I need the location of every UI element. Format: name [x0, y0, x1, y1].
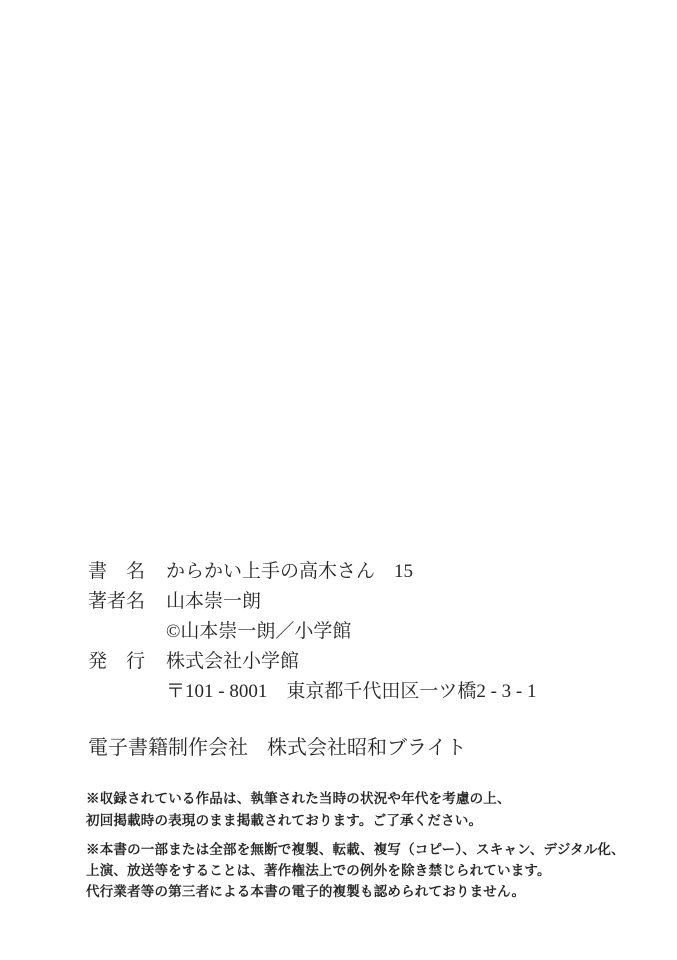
copyright-label-spacer — [88, 617, 145, 647]
colophon-row-address: 〒101 - 8001 東京都千代田区一ツ橋2 - 3 - 1 — [88, 677, 536, 707]
colophon-page: 書 名 からかい上手の高木さん 15 著者名 山本崇一朗 ©山本崇一朗／小学館 … — [0, 0, 677, 960]
address-label-spacer — [88, 677, 145, 707]
colophon-block: 書 名 からかい上手の高木さん 15 著者名 山本崇一朗 ©山本崇一朗／小学館 … — [88, 557, 536, 707]
ebook-producer-label: 電子書籍制作会社 — [88, 733, 248, 763]
notice-original-publication-line-1: ※収録されている作品は、執筆された当時の状況や年代を考慮の上、 — [86, 788, 511, 810]
book-title-label: 書 名 — [88, 557, 145, 587]
colophon-row-book-title: 書 名 からかい上手の高木さん 15 — [88, 557, 536, 587]
notice-original-publication-line-2: 初回掲載時の表現のまま掲載されております。ご了承ください。 — [86, 810, 511, 832]
author-value: 山本崇一朗 — [166, 587, 261, 617]
publisher-label: 発 行 — [88, 647, 145, 677]
book-title-value: からかい上手の高木さん 15 — [166, 557, 413, 587]
notice-copyright-restrictions: ※本書の一部または全部を無断で複製、転載、複写（コピー）、スキャン、デジタル化、… — [86, 839, 625, 902]
ebook-producer-value: 株式会社昭和ブライト — [267, 733, 466, 763]
publisher-value: 株式会社小学館 — [166, 647, 299, 677]
colophon-row-copyright: ©山本崇一朗／小学館 — [88, 617, 536, 647]
ebook-producer-line: 電子書籍制作会社 株式会社昭和ブライト — [88, 733, 466, 763]
publisher-address-value: 〒101 - 8001 東京都千代田区一ツ橋2 - 3 - 1 — [166, 677, 536, 707]
notice-original-publication: ※収録されている作品は、執筆された当時の状況や年代を考慮の上、 初回掲載時の表現… — [86, 788, 511, 832]
notice-copyright-restrictions-line-2: 上演、放送等をすることは、著作権法上での例外を除き禁じられています。 — [86, 860, 625, 881]
notice-copyright-restrictions-line-1: ※本書の一部または全部を無断で複製、転載、複写（コピー）、スキャン、デジタル化、 — [86, 839, 625, 860]
copyright-value: ©山本崇一朗／小学館 — [166, 617, 351, 647]
notice-copyright-restrictions-line-3: 代行業者等の第三者による本書の電子的複製も認められておりません。 — [86, 881, 625, 902]
colophon-row-author: 著者名 山本崇一朗 — [88, 587, 536, 617]
author-label: 著者名 — [88, 587, 145, 617]
colophon-row-publisher: 発 行 株式会社小学館 — [88, 647, 536, 677]
